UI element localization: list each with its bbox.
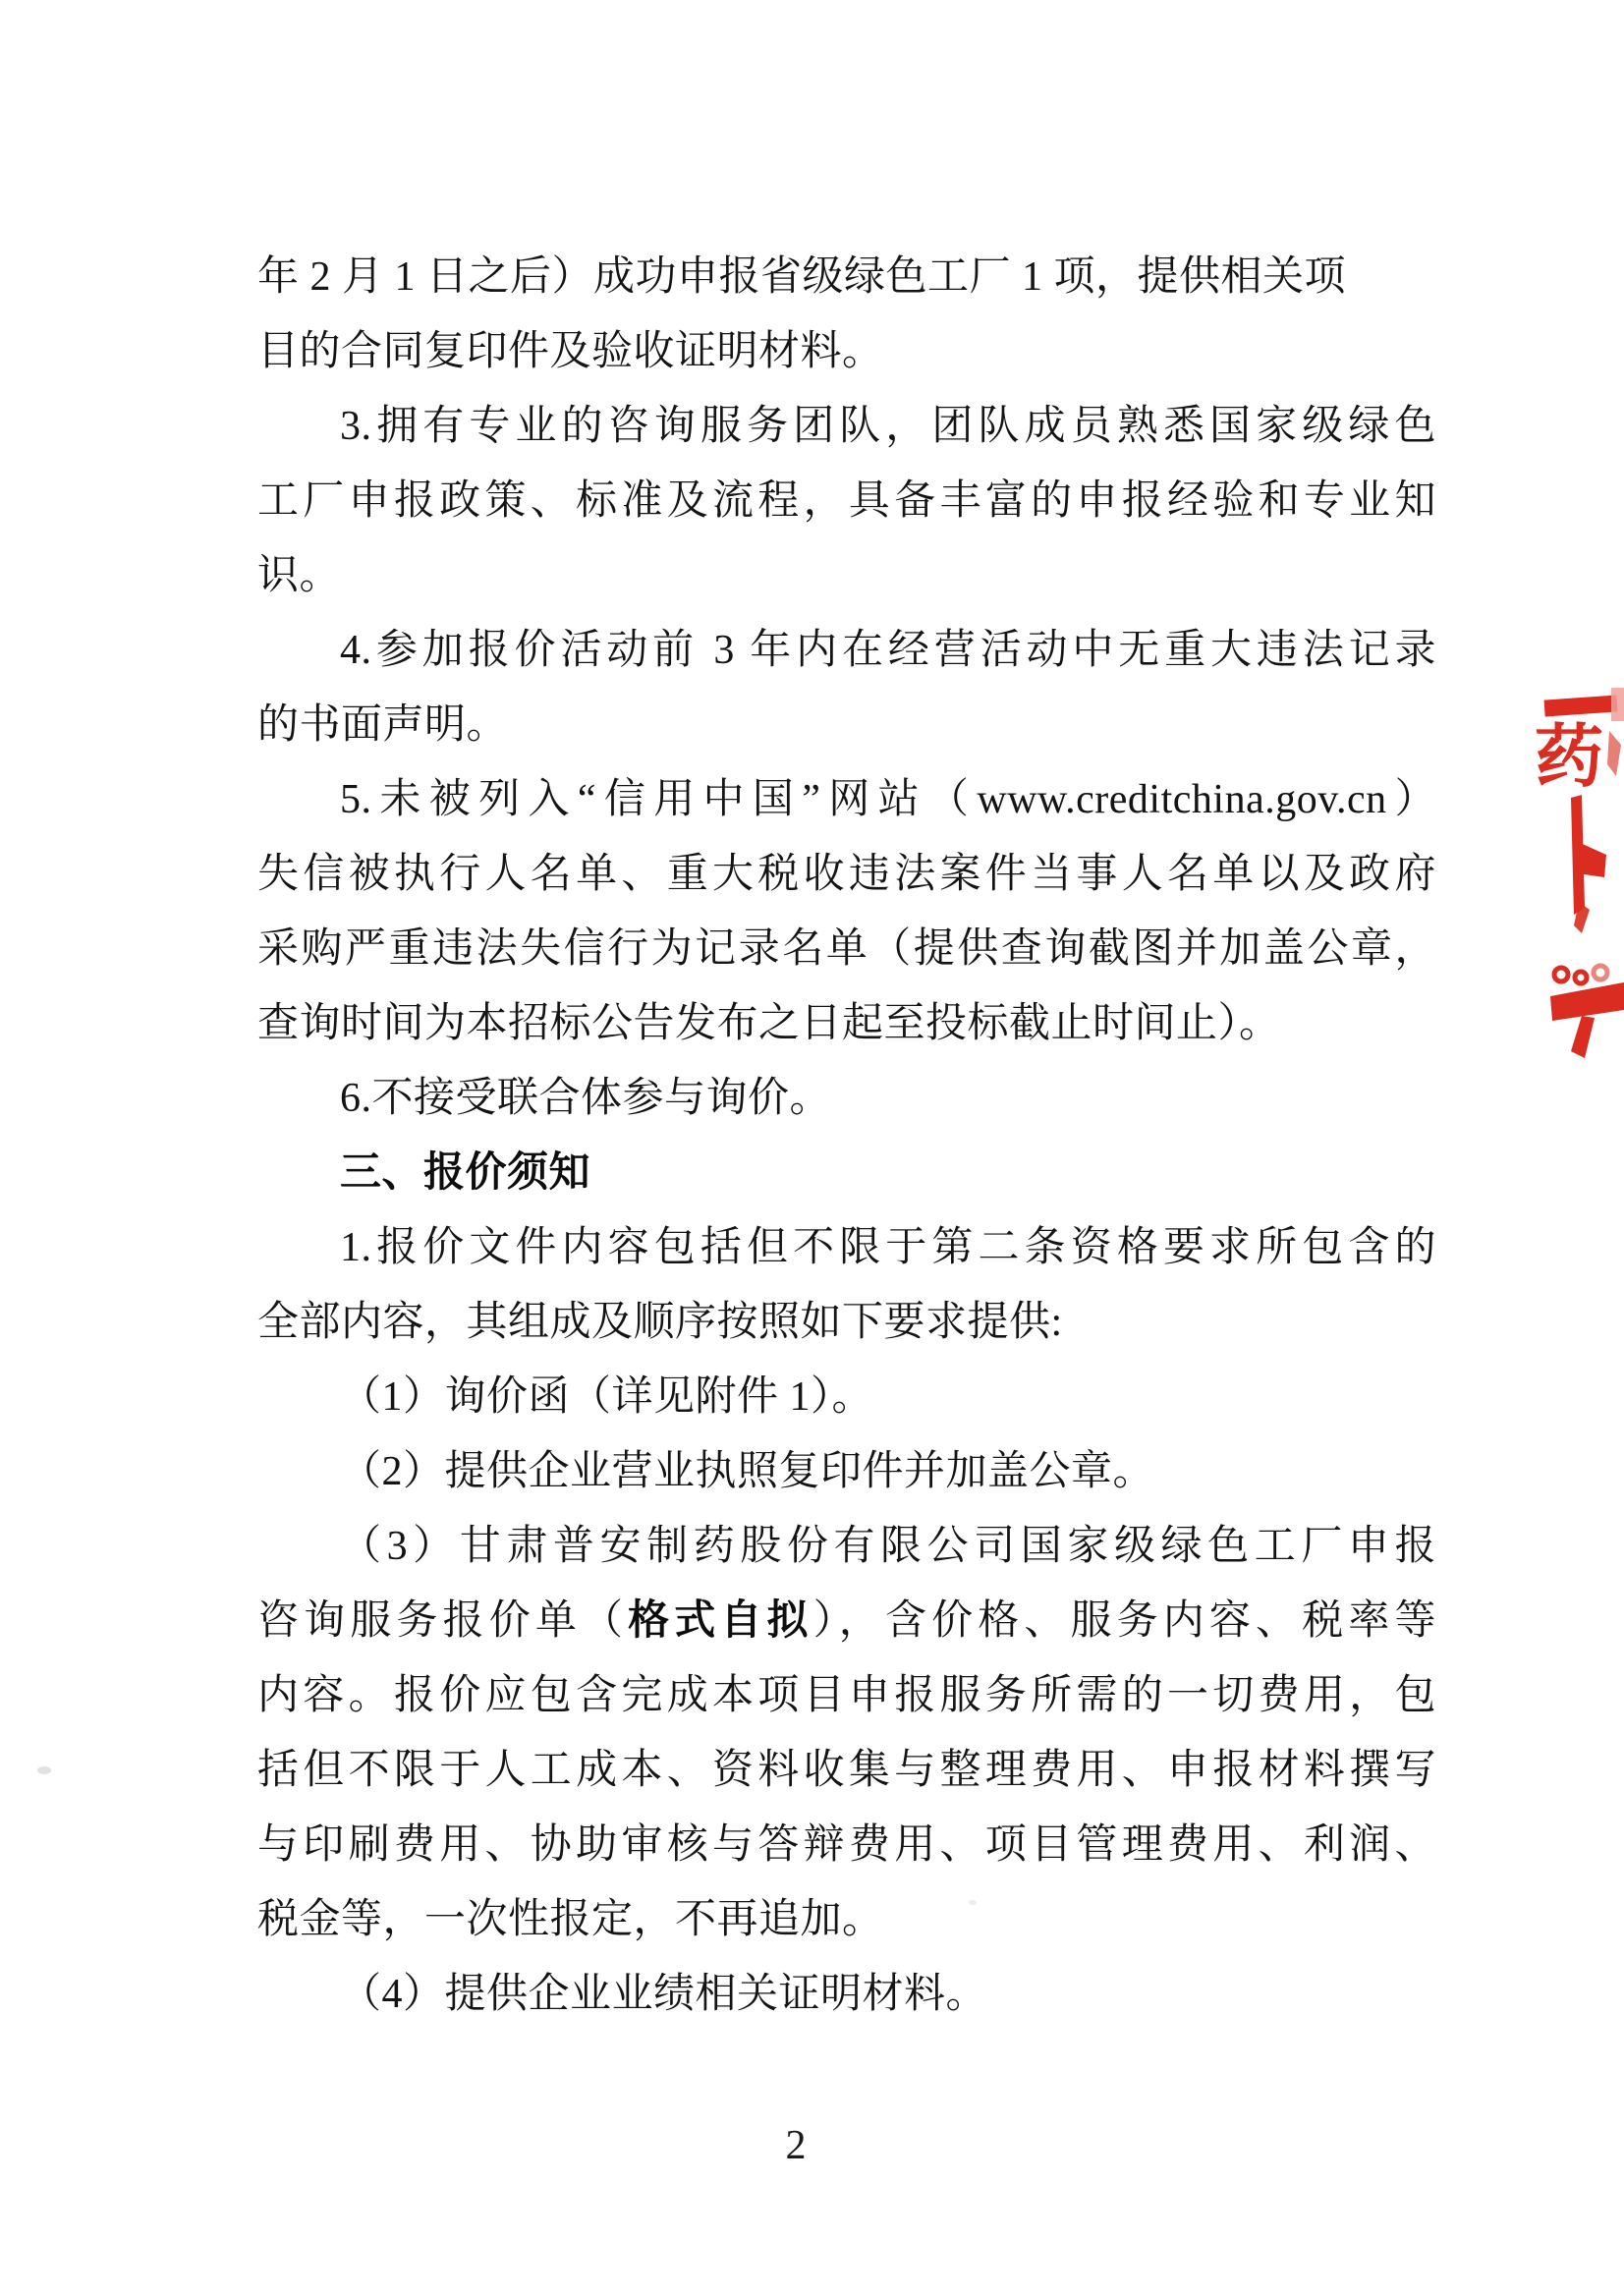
text-segment: 三、报价须知 xyxy=(340,1150,590,1196)
text-line: 6.不接受联合体参与询价。 xyxy=(257,1061,1436,1136)
text-line: 内容。报价应包含完成本项目申报服务所需的一切费用，包 xyxy=(257,1658,1436,1733)
text-segment: 3.拥有专业的咨询服务团队，团队成员熟悉国家级绿色 xyxy=(340,404,1436,449)
text-segment: 格式自拟 xyxy=(628,1598,813,1644)
text-line: 全部内容，其组成及顺序按照如下要求提供: xyxy=(257,1285,1436,1360)
text-line: 识。 xyxy=(257,538,1436,613)
text-line: 与印刷费用、协助审核与答辩费用、项目管理费用、利润、 xyxy=(257,1808,1436,1882)
text-segment: 内容。报价应包含完成本项目申报服务所需的一切费用，包 xyxy=(257,1673,1436,1718)
text-segment: 6.不接受联合体参与询价。 xyxy=(340,1076,831,1121)
page-number: 2 xyxy=(747,2122,845,2169)
text-line: 1.报价文件内容包括但不限于第二条资格要求所包含的 xyxy=(257,1210,1436,1285)
text-line: 年 2 月 1 日之后）成功申报省级绿色工厂 1 项，提供相关项 xyxy=(257,240,1436,314)
text-line: 的书面声明。 xyxy=(257,688,1436,762)
text-line: 工厂申报政策、标准及流程，具备丰富的申报经验和专业知 xyxy=(257,464,1436,538)
text-line: （4）提供企业业绩相关证明材料。 xyxy=(257,1957,1436,2032)
text-line: 括但不限于人工成本、资料收集与整理费用、申报材料撰写 xyxy=(257,1733,1436,1808)
text-segment: 工厂申报政策、标准及流程，具备丰富的申报经验和专业知 xyxy=(257,478,1436,524)
text-line: 咨询服务报价单（格式自拟），含价格、服务内容、税率等 xyxy=(257,1584,1436,1658)
text-segment: 年 2 月 1 日之后）成功申报省级绿色工厂 1 项，提供相关项 xyxy=(257,254,1346,300)
scan-speck xyxy=(969,1900,977,1905)
text-segment: 失信被执行人名单、重大税收违法案件当事人名单以及政府 xyxy=(257,852,1436,897)
document-page: 年 2 月 1 日之后）成功申报省级绿色工厂 1 项，提供相关项目的合同复印件及… xyxy=(0,0,1624,2295)
text-segment: 的书面声明。 xyxy=(257,702,508,748)
scan-speck xyxy=(37,1766,51,1774)
stamp-character: 药 xyxy=(1535,720,1603,796)
text-segment: 全部内容，其组成及顺序按照如下要求提供: xyxy=(257,1300,1063,1345)
text-line: 税金等，一次性报定，不再追加。 xyxy=(257,1882,1436,1957)
text-segment: （3）甘肃普安制药股份有限公司国家级绿色工厂申报 xyxy=(340,1524,1436,1569)
text-line: 3.拥有专业的咨询服务团队，团队成员熟悉国家级绿色 xyxy=(257,389,1436,464)
section-heading: 三、报价须知 xyxy=(257,1136,1436,1210)
text-segment: 目的合同复印件及验收证明材料。 xyxy=(257,329,884,374)
document-body: 年 2 月 1 日之后）成功申报省级绿色工厂 1 项，提供相关项目的合同复印件及… xyxy=(257,240,1436,2032)
text-segment: 括但不限于人工成本、资料收集与整理费用、申报材料撰写 xyxy=(257,1748,1436,1793)
text-line: （3）甘肃普安制药股份有限公司国家级绿色工厂申报 xyxy=(257,1509,1436,1584)
text-segment: ），含价格、服务内容、税率等 xyxy=(813,1598,1436,1644)
text-segment: 4.参加报价活动前 3 年内在经营活动中无重大违法记录 xyxy=(340,628,1436,673)
text-segment: 查询时间为本招标公告发布之日起至投标截止时间止）。 xyxy=(257,1001,1281,1046)
text-segment: 咨询服务报价单（ xyxy=(257,1598,628,1644)
text-segment: 采购严重违法失信行为记录名单（提供查询截图并加盖公章， xyxy=(257,926,1436,972)
red-stamp-fragment-icon: 药 xyxy=(1525,676,1624,1069)
text-line: （2）提供企业营业执照复印件并加盖公章。 xyxy=(257,1434,1436,1509)
text-line: 查询时间为本招标公告发布之日起至投标截止时间止）。 xyxy=(257,986,1436,1061)
text-line: 目的合同复印件及验收证明材料。 xyxy=(257,314,1436,389)
text-line: （1）询价函（详见附件 1）。 xyxy=(257,1360,1436,1434)
text-line: 采购严重违法失信行为记录名单（提供查询截图并加盖公章， xyxy=(257,912,1436,986)
text-segment: 与印刷费用、协助审核与答辩费用、项目管理费用、利润、 xyxy=(257,1822,1436,1868)
text-segment: 税金等，一次性报定，不再追加。 xyxy=(257,1897,884,1942)
text-segment: 5.未被列入“信用中国”网站（www.creditchina.gov.cn） xyxy=(340,777,1436,822)
text-segment: 1.报价文件内容包括但不限于第二条资格要求所包含的 xyxy=(340,1225,1436,1270)
text-line: 4.参加报价活动前 3 年内在经营活动中无重大违法记录 xyxy=(257,613,1436,688)
text-segment: （1）询价函（详见附件 1）。 xyxy=(340,1374,873,1420)
text-segment: （4）提供企业业绩相关证明材料。 xyxy=(340,1972,987,2017)
text-line: 5.未被列入“信用中国”网站（www.creditchina.gov.cn） xyxy=(257,762,1436,837)
text-line: 失信被执行人名单、重大税收违法案件当事人名单以及政府 xyxy=(257,837,1436,912)
text-segment: 识。 xyxy=(257,553,341,598)
text-segment: （2）提供企业营业执照复印件并加盖公章。 xyxy=(340,1449,1154,1494)
